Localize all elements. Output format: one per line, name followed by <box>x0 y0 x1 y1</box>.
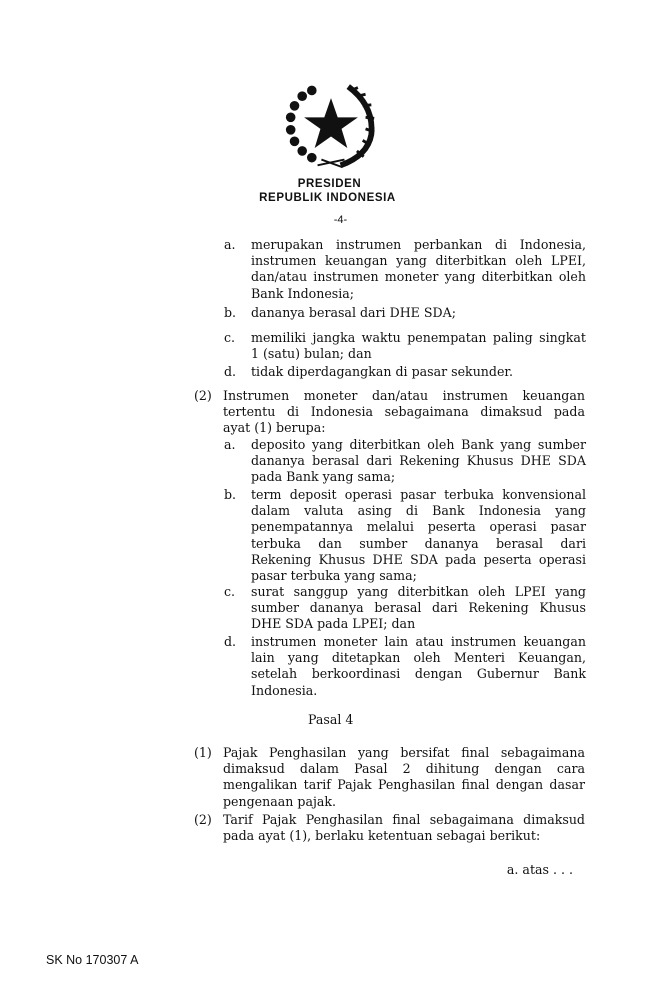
ayat1-item-b-marker: b. <box>224 305 236 321</box>
page-number: -4- <box>0 214 651 226</box>
ayat1-item-d-text: tidak diperdagangkan di pasar sekunder. <box>251 364 586 380</box>
pasal4-ayat-1-marker: (1) <box>194 745 212 761</box>
ayat2-item-b-marker: b. <box>224 487 236 503</box>
pasal4-ayat-2-marker: (2) <box>194 812 212 828</box>
ayat1-item-a-marker: a. <box>224 237 236 253</box>
ayat1-item-a-text: merupakan instrumen perbankan di Indones… <box>251 237 586 302</box>
ayat2-item-d-marker: d. <box>224 634 236 650</box>
ayat1-item-c-marker: c. <box>224 330 235 346</box>
ayat2-marker: (2) <box>194 388 212 404</box>
pasal4-ayat-2-text: Tarif Pajak Penghasilan final sebagaiman… <box>223 812 585 844</box>
footer-code: SK No 170307 A <box>46 953 138 967</box>
presidential-seal-icon <box>283 77 379 173</box>
ayat1-item-c-text: memiliki jangka waktu penempatan paling … <box>251 330 586 362</box>
pasal-title: Pasal 4 <box>308 712 353 728</box>
ayat2-item-b-text: term deposit operasi pasar terbuka konve… <box>251 487 586 584</box>
ayat2-item-a-marker: a. <box>224 437 236 453</box>
ayat1-item-d-marker: d. <box>224 364 236 380</box>
ayat2-item-c-marker: c. <box>224 584 235 600</box>
ayat2-item-c-text: surat sanggup yang diterbitkan oleh LPEI… <box>251 584 586 633</box>
ayat2-text: Instrumen moneter dan/atau instrumen keu… <box>223 388 585 437</box>
pasal4-ayat-1-text: Pajak Penghasilan yang bersifat final se… <box>223 745 585 810</box>
continuation-note: a. atas . . . <box>507 862 573 877</box>
header-title: PRESIDEN <box>4 178 651 190</box>
ayat2-item-a-text: deposito yang diterbitkan oleh Bank yang… <box>251 437 586 486</box>
ayat1-item-b-text: dananya berasal dari DHE SDA; <box>251 305 586 321</box>
ayat2-item-d-text: instrumen moneter lain atau instrumen ke… <box>251 634 586 699</box>
header-subtitle: REPUBLIK INDONESIA <box>2 192 651 204</box>
